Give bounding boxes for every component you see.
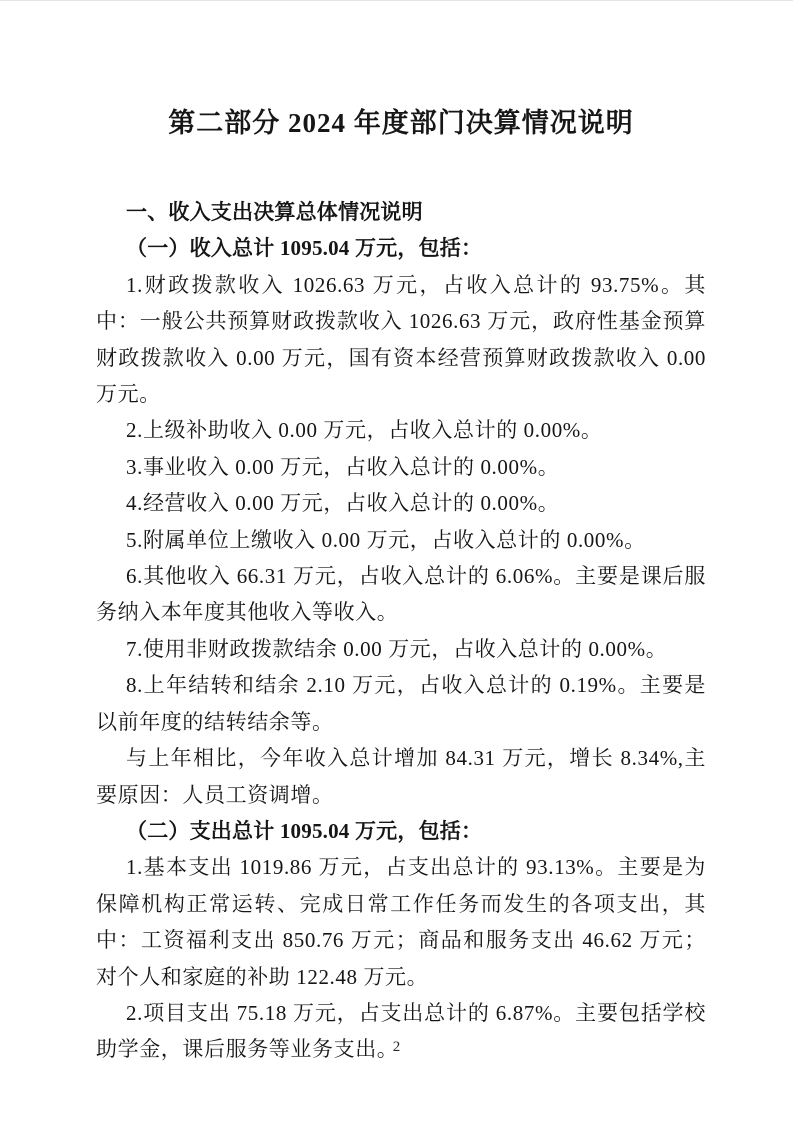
para-income-item-2-superior-subsidy: 2.上级补助收入 0.00 万元，占收入总计的 0.00%。 <box>96 412 706 448</box>
document-content: 第二部分 2024 年度部门决算情况说明 一、收入支出决算总体情况说明 （一）收… <box>96 104 706 1068</box>
para-income-item-5-affiliated-units: 5.附属单位上缴收入 0.00 万元，占收入总计的 0.00%。 <box>96 522 706 558</box>
document-page: 第二部分 2024 年度部门决算情况说明 一、收入支出决算总体情况说明 （一）收… <box>0 0 793 1122</box>
para-income-item-7-non-fiscal-balance: 7.使用非财政拨款结余 0.00 万元，占收入总计的 0.00%。 <box>96 631 706 667</box>
subsection-heading-income-total: （一）收入总计 1095.04 万元，包括： <box>96 230 706 266</box>
section-heading-overview: 一、收入支出决算总体情况说明 <box>96 194 706 230</box>
para-income-item-3-institutional: 3.事业收入 0.00 万元，占收入总计的 0.00%。 <box>96 449 706 485</box>
subsection-heading-expenditure-total: （二）支出总计 1095.04 万元，包括： <box>96 813 706 849</box>
page-title: 第二部分 2024 年度部门决算情况说明 <box>96 104 706 142</box>
para-expenditure-item-1-basic: 1.基本支出 1019.86 万元，占支出总计的 93.13%。主要是为保障机构… <box>96 849 706 995</box>
para-income-item-1-fiscal-appropriation: 1.财政拨款收入 1026.63 万元，占收入总计的 93.75%。其中：一般公… <box>96 267 706 413</box>
page-number: 2 <box>0 1037 793 1057</box>
para-income-item-4-operating: 4.经营收入 0.00 万元，占收入总计的 0.00%。 <box>96 485 706 521</box>
para-income-item-6-other-income: 6.其他收入 66.31 万元，占收入总计的 6.06%。主要是课后服务纳入本年… <box>96 558 706 631</box>
para-income-yoy-comparison: 与上年相比，今年收入总计增加 84.31 万元，增长 8.34%,主要原因：人员… <box>96 740 706 813</box>
para-income-item-8-carryover: 8.上年结转和结余 2.10 万元，占收入总计的 0.19%。主要是以前年度的结… <box>96 667 706 740</box>
